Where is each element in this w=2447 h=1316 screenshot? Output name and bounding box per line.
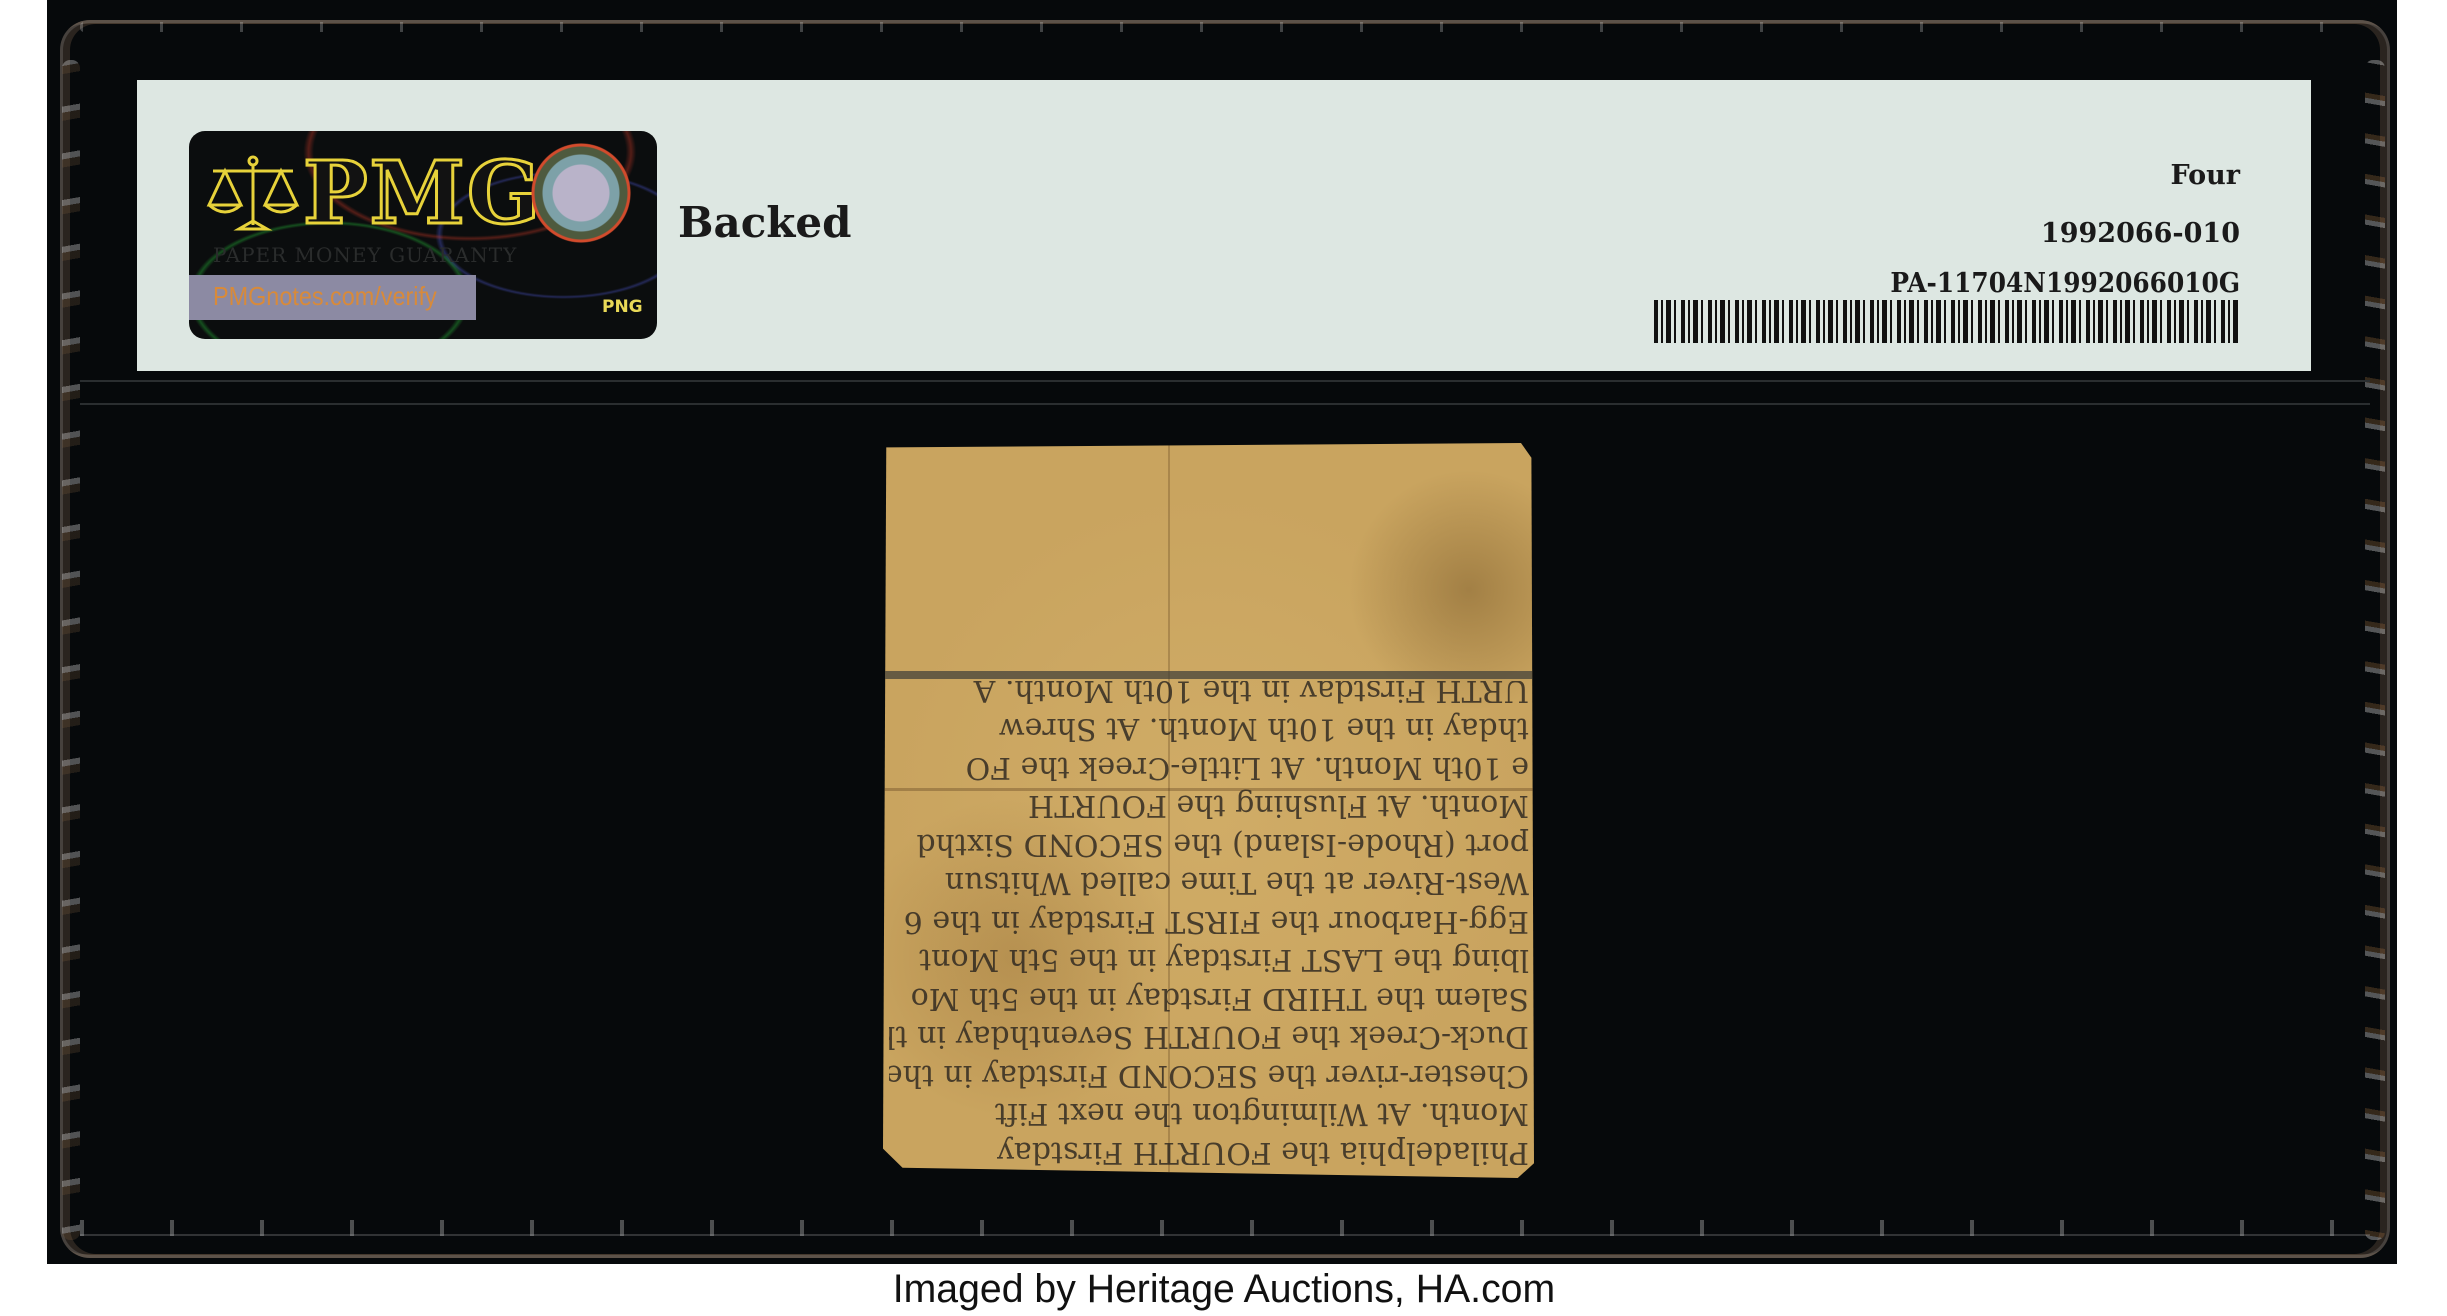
note-text-line: thday in the 10th Month. At Shrew [889,709,1529,748]
pmg-logo: PMG [303,151,542,237]
holder-divider-line [80,403,2370,405]
note-printed-text: Philadelphia the FOURTH Firstday Month. … [889,681,1529,1171]
note-text-line: lbing the LAST Firstday in the 5th Mont [889,940,1529,979]
label-designation: Backed [678,198,851,247]
image-credit-caption: Imaged by Heritage Auctions, HA.com [0,1264,2447,1316]
serial-code: PA-11704N1992066010G [1890,268,2240,299]
note-text-line: West-River at the Time called Whitsun [889,863,1529,902]
holder-edge-top [80,22,2370,32]
designation-code: PNG [602,297,643,317]
badge-tagline: PAPER MONEY GUARANTY [213,243,517,267]
note-text-line: Month. At Flushing the FOURTH [889,786,1529,825]
grade-text: Four [2170,160,2240,191]
hologram-seal-icon [531,143,631,243]
holder-edge-left [62,60,80,1240]
scales-of-justice-icon [205,155,302,233]
holder-edge-bottom [80,1220,2370,1236]
note-text-line: URTH Firstday in the 10th Month. A [889,681,1529,709]
holder-divider-line [80,380,2370,382]
note-text-line: Chester-river the SECOND Firstday in the… [889,1056,1529,1095]
verify-url[interactable]: PMGnotes.com/verify [213,281,437,312]
note-text-line: Philadelphia the FOURTH Firstday [889,1133,1529,1172]
note-text-line: Duck-Creek the FOURTH Seventhday in the … [889,1017,1529,1056]
note-printed-rule [883,671,1534,679]
cert-number: 1992066-010 [2041,218,2240,249]
banknote-back: Philadelphia the FOURTH Firstday Month. … [883,443,1534,1178]
note-text-line: port (Rhode-Island) the SECOND Sixthd [889,825,1529,864]
note-text-line: Salem the THIRD Firstday in the 5th Mo [889,979,1529,1018]
pmg-hologram-badge: PMG PAPER MONEY GUARANTY PMGnotes.com/ve… [189,131,657,339]
note-text-line: Month. At Wilmington the next Fift [889,1094,1529,1133]
note-text-line: Egg-Harbour the FIRST Firstday in the 6 [889,902,1529,941]
barcode-icon [1654,300,2240,343]
caption-text: Imaged by Heritage Auctions, HA.com [892,1264,1554,1314]
note-text-line: e 10th Month. At Little-Creek the FO [889,748,1529,787]
holder-edge-right [2365,60,2385,1240]
